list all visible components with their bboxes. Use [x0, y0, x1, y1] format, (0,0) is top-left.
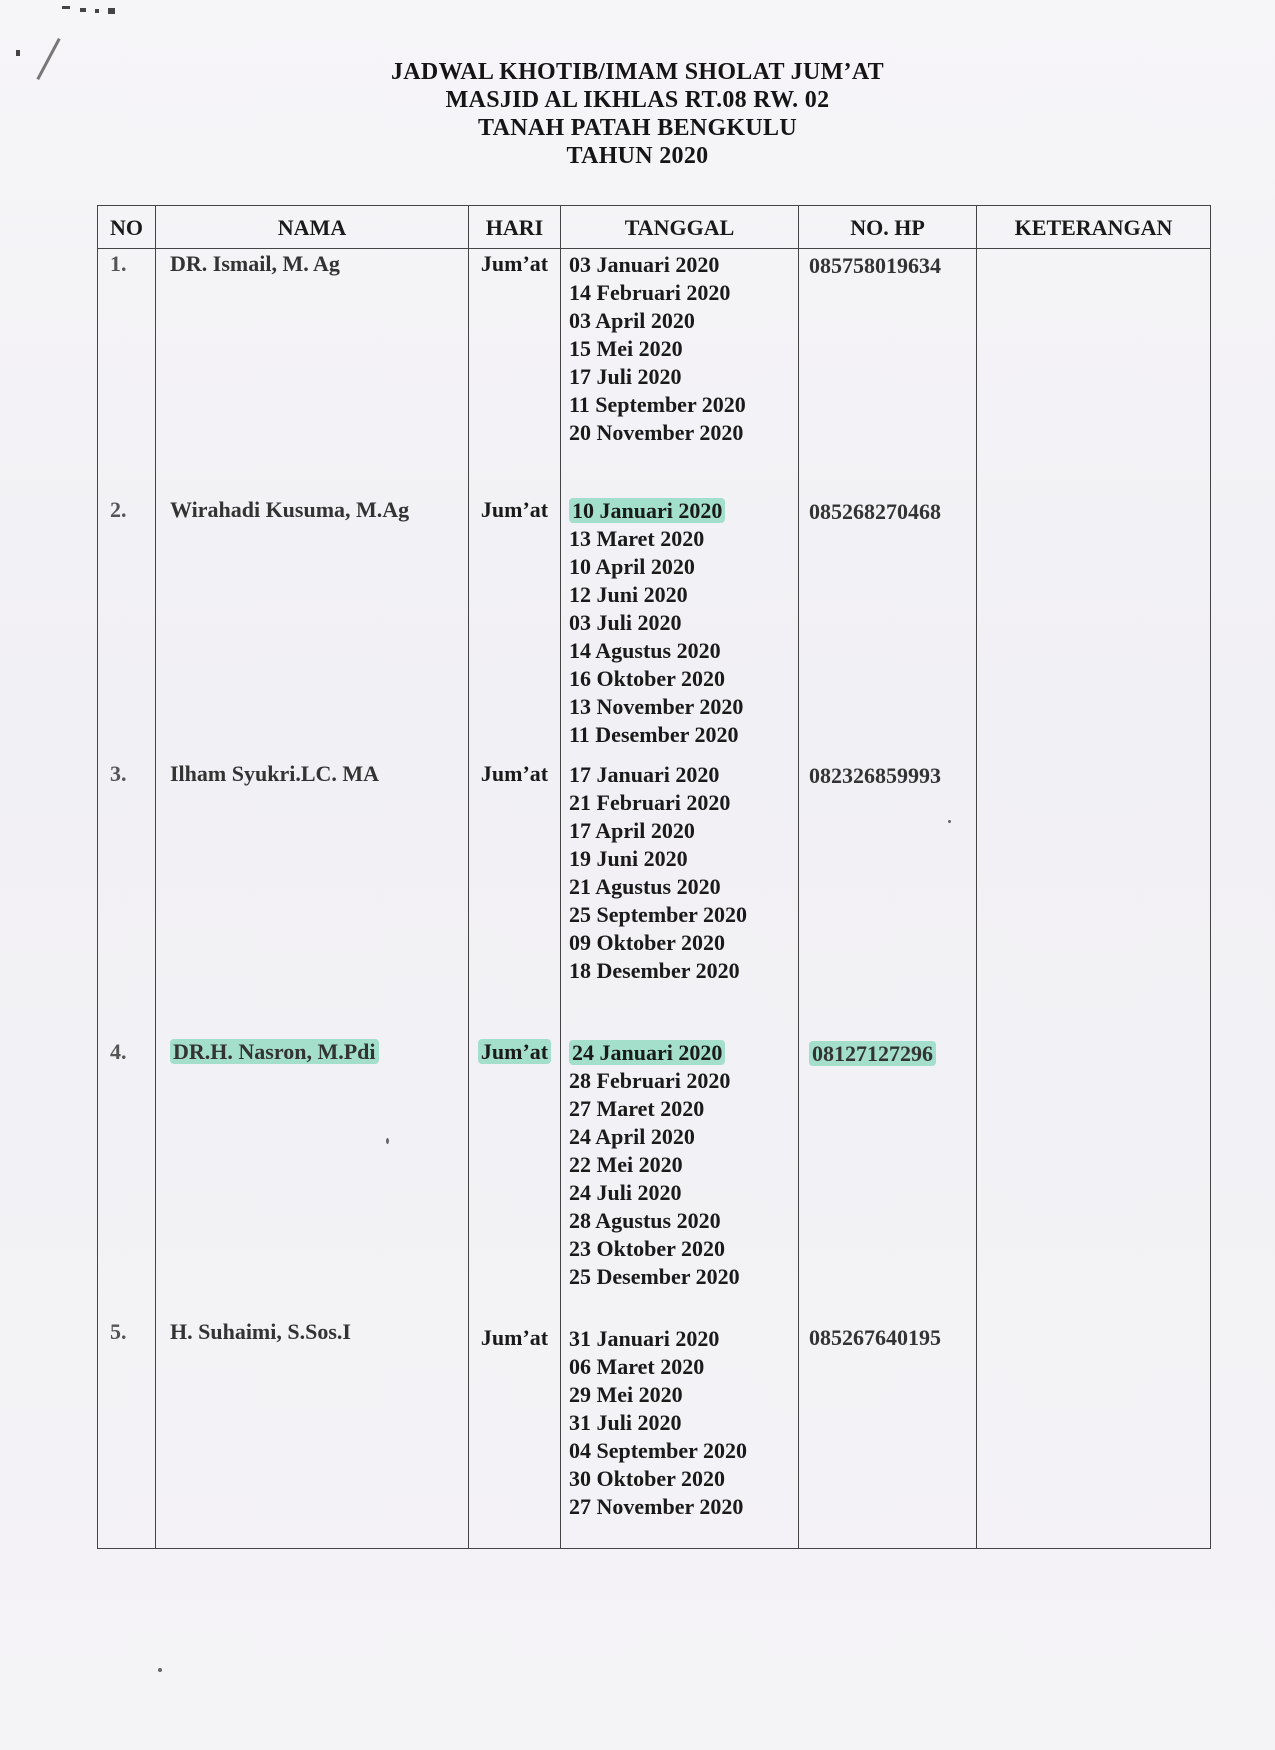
- date-text: 03 Januari 2020: [569, 252, 719, 277]
- day-label: Jum’at: [481, 761, 548, 786]
- khotib-name: DR.H. Nasron, M.Pdi: [170, 1039, 379, 1064]
- date-text: 31 Januari 2020: [569, 1326, 719, 1351]
- date-item: 24 Juli 2020: [569, 1179, 798, 1207]
- cell-no: 3.: [98, 759, 156, 1037]
- date-item: 27 Maret 2020: [569, 1095, 798, 1123]
- date-item: 25 September 2020: [569, 901, 798, 929]
- cell-nama: DR.H. Nasron, M.Pdi: [156, 1037, 469, 1317]
- paper-speck: [386, 1138, 389, 1144]
- date-item: 12 Juni 2020: [569, 581, 798, 609]
- khotib-name: Wirahadi Kusuma, M.Ag: [170, 497, 409, 522]
- date-item: 13 November 2020: [569, 693, 798, 721]
- cell-hari: Jum’at: [469, 495, 561, 759]
- date-text: 27 November 2020: [569, 1494, 743, 1519]
- date-text: 28 Februari 2020: [569, 1068, 730, 1093]
- cell-no-hp: 085267640195: [799, 1317, 977, 1549]
- header-no-hp: NO. HP: [799, 206, 977, 249]
- date-text: 10 Januari 2020: [569, 498, 725, 523]
- date-item: 31 Juli 2020: [569, 1409, 798, 1437]
- cell-no: 5.: [98, 1317, 156, 1549]
- cell-keterangan: [977, 1037, 1211, 1317]
- cell-tanggal: 31 Januari 202006 Maret 202029 Mei 20203…: [561, 1317, 799, 1549]
- date-text: 15 Mei 2020: [569, 336, 683, 361]
- phone-number: 085758019634: [809, 253, 941, 278]
- khotib-name: H. Suhaimi, S.Sos.I: [170, 1319, 351, 1344]
- date-text: 18 Desember 2020: [569, 958, 740, 983]
- schedule-body: 1.DR. Ismail, M. AgJum’at03 Januari 2020…: [98, 249, 1211, 1549]
- table-row: 4.DR.H. Nasron, M.PdiJum’at24 Januari 20…: [98, 1037, 1211, 1317]
- date-item: 24 April 2020: [569, 1123, 798, 1151]
- date-text: 24 Januari 2020: [569, 1040, 725, 1065]
- cell-no-hp: 085758019634: [799, 249, 977, 495]
- title-line-1: JADWAL KHOTIB/IMAM SHOLAT JUM’AT: [0, 58, 1275, 86]
- header-keterangan: KETERANGAN: [977, 206, 1211, 249]
- scan-speck: [62, 6, 70, 9]
- date-item: 11 September 2020: [569, 391, 798, 419]
- date-text: 17 April 2020: [569, 818, 695, 843]
- header-hari: HARI: [469, 206, 561, 249]
- date-item: 10 Januari 2020: [569, 497, 798, 525]
- date-item: 14 Februari 2020: [569, 279, 798, 307]
- date-item: 03 Januari 2020: [569, 251, 798, 279]
- date-text: 13 Maret 2020: [569, 526, 704, 551]
- schedule-table: NO NAMA HARI TANGGAL NO. HP KETERANGAN 1…: [97, 205, 1211, 1549]
- cell-no: 1.: [98, 249, 156, 495]
- cell-hari: Jum’at: [469, 759, 561, 1037]
- date-text: 10 April 2020: [569, 554, 695, 579]
- cell-no: 4.: [98, 1037, 156, 1317]
- day-label: Jum’at: [481, 497, 548, 522]
- document-header: JADWAL KHOTIB/IMAM SHOLAT JUM’AT MASJID …: [0, 58, 1275, 170]
- date-text: 17 Juli 2020: [569, 364, 681, 389]
- cell-nama: Wirahadi Kusuma, M.Ag: [156, 495, 469, 759]
- title-line-4: TAHUN 2020: [0, 142, 1275, 170]
- header-nama: NAMA: [156, 206, 469, 249]
- cell-keterangan: [977, 495, 1211, 759]
- date-text: 25 Desember 2020: [569, 1264, 740, 1289]
- date-item: 21 Agustus 2020: [569, 873, 798, 901]
- date-text: 11 Desember 2020: [569, 722, 738, 747]
- date-text: 21 Agustus 2020: [569, 874, 721, 899]
- date-text: 28 Agustus 2020: [569, 1208, 721, 1233]
- date-item: 03 April 2020: [569, 307, 798, 335]
- cell-no: 2.: [98, 495, 156, 759]
- table-row: 3.Ilham Syukri.LC. MAJum’at17 Januari 20…: [98, 759, 1211, 1037]
- date-text: 24 April 2020: [569, 1124, 695, 1149]
- scan-speck: [80, 8, 86, 12]
- cell-hari: Jum’at: [469, 1317, 561, 1549]
- date-item: 21 Februari 2020: [569, 789, 798, 817]
- date-text: 27 Maret 2020: [569, 1096, 704, 1121]
- date-text: 30 Oktober 2020: [569, 1466, 725, 1491]
- table-row: 2.Wirahadi Kusuma, M.AgJum’at10 Januari …: [98, 495, 1211, 759]
- cell-tanggal: 03 Januari 202014 Februari 202003 April …: [561, 249, 799, 495]
- date-item: 25 Desember 2020: [569, 1263, 798, 1291]
- cell-no-hp: 085268270468: [799, 495, 977, 759]
- date-item: 17 April 2020: [569, 817, 798, 845]
- table-row: 5.H. Suhaimi, S.Sos.IJum’at31 Januari 20…: [98, 1317, 1211, 1549]
- date-item: 11 Desember 2020: [569, 721, 798, 749]
- phone-number: 085268270468: [809, 499, 941, 524]
- cell-nama: Ilham Syukri.LC. MA: [156, 759, 469, 1037]
- date-text: 12 Juni 2020: [569, 582, 688, 607]
- phone-number: 085267640195: [809, 1325, 941, 1350]
- date-text: 22 Mei 2020: [569, 1152, 683, 1177]
- cell-nama: DR. Ismail, M. Ag: [156, 249, 469, 495]
- date-text: 25 September 2020: [569, 902, 747, 927]
- date-item: 16 Oktober 2020: [569, 665, 798, 693]
- date-text: 09 Oktober 2020: [569, 930, 725, 955]
- date-text: 23 Oktober 2020: [569, 1236, 725, 1261]
- date-item: 06 Maret 2020: [569, 1353, 798, 1381]
- cell-nama: H. Suhaimi, S.Sos.I: [156, 1317, 469, 1549]
- paper-speck: [948, 820, 951, 823]
- date-text: 03 Juli 2020: [569, 610, 681, 635]
- scan-speck: [16, 50, 20, 56]
- day-label: Jum’at: [478, 1039, 551, 1064]
- date-text: 04 September 2020: [569, 1438, 747, 1463]
- khotib-name: Ilham Syukri.LC. MA: [170, 761, 379, 786]
- header-no: NO: [98, 206, 156, 249]
- date-text: 17 Januari 2020: [569, 762, 719, 787]
- table-row: 1.DR. Ismail, M. AgJum’at03 Januari 2020…: [98, 249, 1211, 495]
- date-item: 14 Agustus 2020: [569, 637, 798, 665]
- date-item: 19 Juni 2020: [569, 845, 798, 873]
- date-item: 28 Agustus 2020: [569, 1207, 798, 1235]
- date-item: 03 Juli 2020: [569, 609, 798, 637]
- date-item: 17 Juli 2020: [569, 363, 798, 391]
- date-text: 14 Februari 2020: [569, 280, 730, 305]
- cell-no-hp: 08127127296: [799, 1037, 977, 1317]
- header-tanggal: TANGGAL: [561, 206, 799, 249]
- scan-speck: [95, 9, 99, 13]
- day-label: Jum’at: [481, 251, 548, 276]
- date-text: 14 Agustus 2020: [569, 638, 721, 663]
- phone-number: 08127127296: [809, 1041, 936, 1066]
- date-text: 11 September 2020: [569, 392, 746, 417]
- date-text: 19 Juni 2020: [569, 846, 688, 871]
- date-item: 28 Februari 2020: [569, 1067, 798, 1095]
- date-item: 29 Mei 2020: [569, 1381, 798, 1409]
- cell-hari: Jum’at: [469, 1037, 561, 1317]
- cell-hari: Jum’at: [469, 249, 561, 495]
- date-item: 24 Januari 2020: [569, 1039, 798, 1067]
- scanned-page: JADWAL KHOTIB/IMAM SHOLAT JUM’AT MASJID …: [0, 0, 1275, 1750]
- date-text: 16 Oktober 2020: [569, 666, 725, 691]
- cell-tanggal: 10 Januari 202013 Maret 202010 April 202…: [561, 495, 799, 759]
- date-text: 03 April 2020: [569, 308, 695, 333]
- title-line-3: TANAH PATAH BENGKULU: [0, 114, 1275, 142]
- date-text: 29 Mei 2020: [569, 1382, 683, 1407]
- date-item: 17 Januari 2020: [569, 761, 798, 789]
- date-text: 31 Juli 2020: [569, 1410, 681, 1435]
- date-item: 15 Mei 2020: [569, 335, 798, 363]
- date-item: 13 Maret 2020: [569, 525, 798, 553]
- cell-keterangan: [977, 1317, 1211, 1549]
- date-item: 10 April 2020: [569, 553, 798, 581]
- paper-speck: [158, 1668, 162, 1672]
- cell-keterangan: [977, 759, 1211, 1037]
- date-item: 27 November 2020: [569, 1493, 798, 1521]
- date-item: 31 Januari 2020: [569, 1325, 798, 1353]
- date-item: 18 Desember 2020: [569, 957, 798, 985]
- khotib-name: DR. Ismail, M. Ag: [170, 251, 340, 276]
- cell-no-hp: 082326859993: [799, 759, 977, 1037]
- table-header-row: NO NAMA HARI TANGGAL NO. HP KETERANGAN: [98, 206, 1211, 249]
- date-text: 24 Juli 2020: [569, 1180, 681, 1205]
- date-item: 23 Oktober 2020: [569, 1235, 798, 1263]
- cell-keterangan: [977, 249, 1211, 495]
- date-text: 21 Februari 2020: [569, 790, 730, 815]
- date-item: 09 Oktober 2020: [569, 929, 798, 957]
- date-text: 13 November 2020: [569, 694, 743, 719]
- cell-tanggal: 17 Januari 202021 Februari 202017 April …: [561, 759, 799, 1037]
- date-item: 20 November 2020: [569, 419, 798, 447]
- date-text: 20 November 2020: [569, 420, 743, 445]
- scan-speck: [108, 8, 115, 14]
- title-line-2: MASJID AL IKHLAS RT.08 RW. 02: [0, 86, 1275, 114]
- date-text: 06 Maret 2020: [569, 1354, 704, 1379]
- date-item: 22 Mei 2020: [569, 1151, 798, 1179]
- phone-number: 082326859993: [809, 763, 941, 788]
- cell-tanggal: 24 Januari 202028 Februari 202027 Maret …: [561, 1037, 799, 1317]
- day-label: Jum’at: [481, 1325, 548, 1350]
- date-item: 30 Oktober 2020: [569, 1465, 798, 1493]
- date-item: 04 September 2020: [569, 1437, 798, 1465]
